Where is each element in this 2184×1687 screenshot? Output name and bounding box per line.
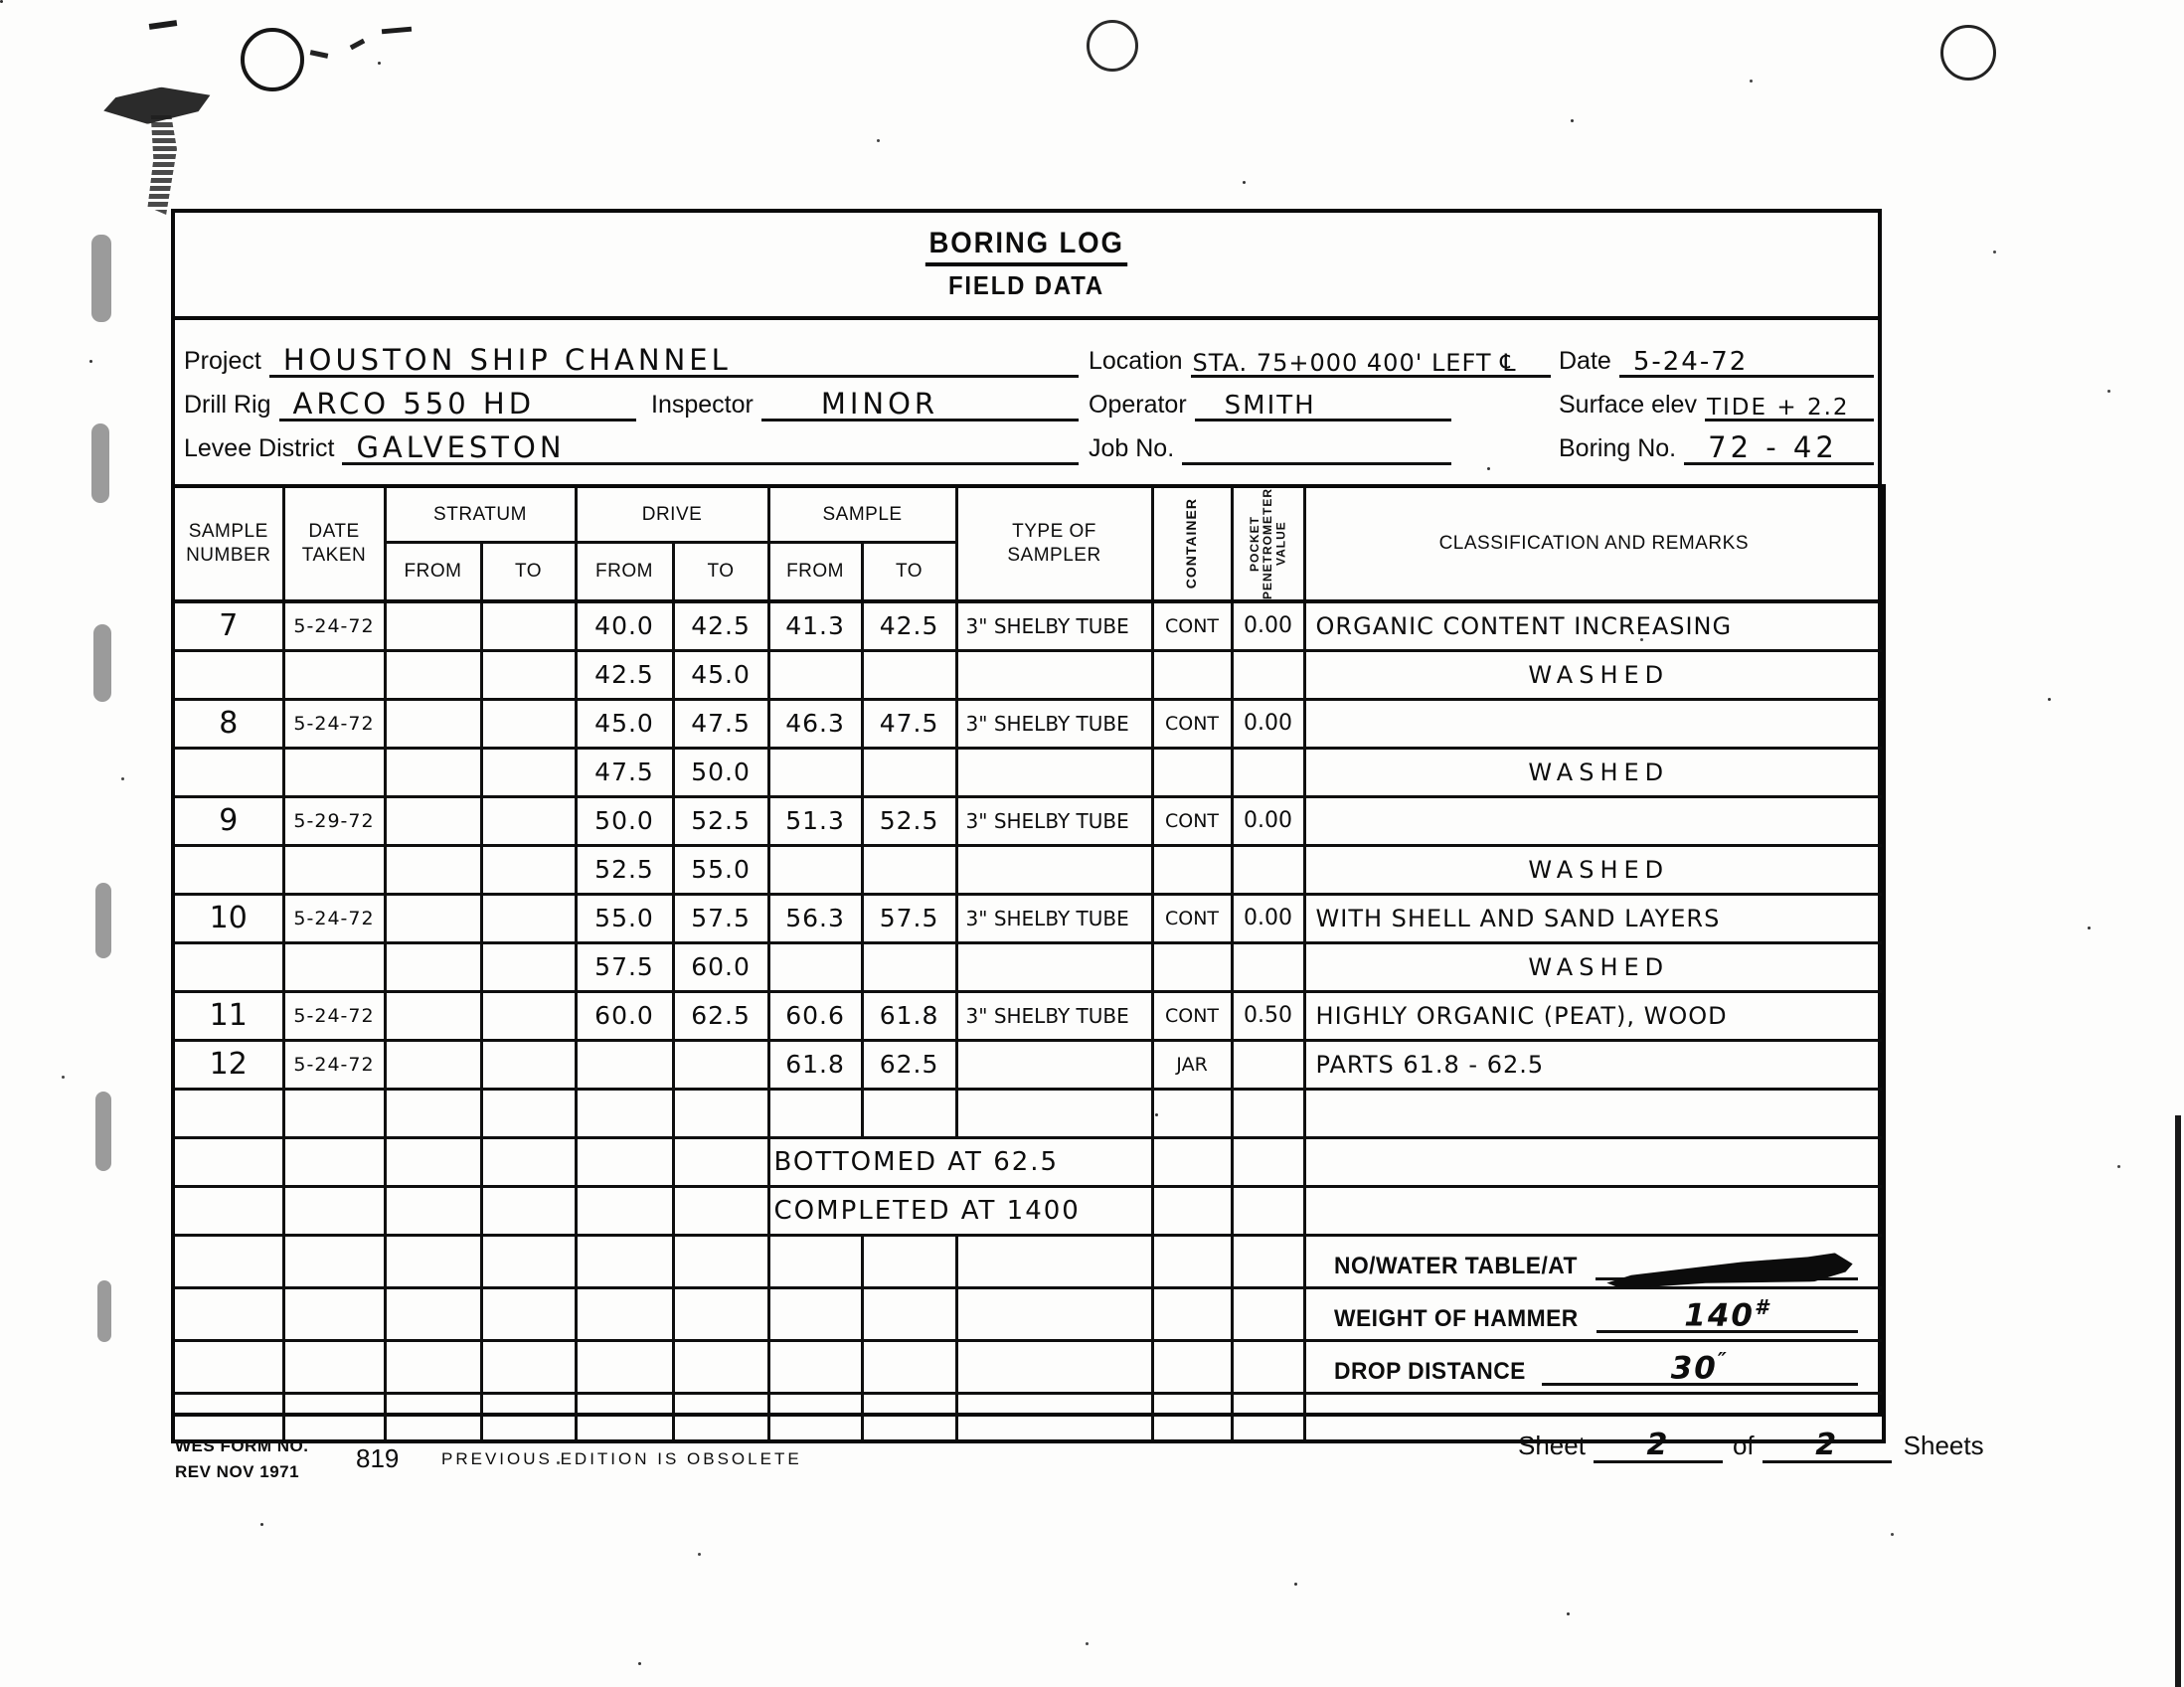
table-cell-stt — [481, 796, 576, 845]
table-cell-pen — [1232, 1340, 1304, 1393]
table-cell-stt — [481, 942, 576, 991]
table-cell-pen — [1232, 1040, 1304, 1089]
boring-no-label: Boring No. — [1559, 434, 1684, 465]
water-line — [1596, 1236, 1858, 1280]
table-cell-stt — [481, 894, 576, 942]
table-cell-df: 47.5 — [576, 748, 673, 796]
table-cell-stf — [385, 845, 481, 894]
table-cell-dt — [673, 1287, 768, 1340]
form-subtitle: FIELD DATA — [240, 270, 1813, 301]
col-stratum-from: FROM — [385, 543, 481, 601]
table-cell-stt — [481, 991, 576, 1040]
table-cell-sf: 41.3 — [768, 601, 862, 650]
scan-smudge — [91, 235, 111, 322]
scan-edge-line — [2175, 1115, 2181, 1687]
table-cell-sf — [768, 748, 862, 796]
table-cell-sf — [768, 1235, 862, 1287]
location-label: Location — [1089, 347, 1191, 378]
table-cell-type — [956, 1393, 1152, 1441]
boring-no-line: 72 - 42 — [1684, 419, 1874, 465]
table-cell-cont: JAR — [1152, 1040, 1232, 1089]
table-cell-sf — [768, 942, 862, 991]
table-cell-type — [956, 650, 1152, 699]
table-cell-df: 52.5 — [576, 845, 673, 894]
summary-row-water: NO/WATER TABLE/AT — [1306, 1237, 1883, 1286]
table-cell-st — [862, 650, 956, 699]
table-cell-d: 5-24-72 — [283, 699, 385, 748]
table-cell-df — [576, 1340, 673, 1393]
field-location: Location STA. 75+000 400' LEFT ℄ — [1089, 334, 1551, 378]
operator-label: Operator — [1089, 391, 1195, 422]
table-cell-pen: 0.00 — [1232, 601, 1304, 650]
table-cell-d — [283, 1186, 385, 1235]
field-levee-district: Levee District GALVESTON — [184, 422, 1079, 465]
table-cell-dt: 50.0 — [673, 748, 768, 796]
project-value: HOUSTON SHIP CHANNEL — [283, 343, 732, 377]
surface-elev-value: TIDE + 2.2 — [1707, 395, 1850, 421]
table-cell-type — [956, 1089, 1152, 1137]
table-cell-st — [862, 1235, 956, 1287]
table-cell-st: 62.5 — [862, 1040, 956, 1089]
table-cell-rem: PARTS 61.8 - 62.5 — [1304, 1040, 1884, 1089]
table-cell-pen — [1232, 1089, 1304, 1137]
table-cell-rem — [1304, 699, 1884, 748]
summary-cell-water: NO/WATER TABLE/AT — [1304, 1235, 1884, 1287]
table-cell-df: 50.0 — [576, 796, 673, 845]
col-sample-number: SAMPLE NUMBER — [173, 486, 283, 601]
table-cell-rem: WASHED — [1304, 748, 1884, 796]
table-row: 57.560.0WASHED — [173, 942, 1884, 991]
table-cell-d: 5-24-72 — [283, 991, 385, 1040]
table-cell-cont — [1152, 1137, 1232, 1186]
water-label: NO/WATER TABLE/AT — [1334, 1253, 1578, 1280]
table-cell-df: 45.0 — [576, 699, 673, 748]
table-cell-d: 5-24-72 — [283, 1040, 385, 1089]
table-cell-type: 3" SHELBY TUBE — [956, 699, 1152, 748]
form-no-line1: WES FORM NO. — [175, 1434, 308, 1459]
col-classification: CLASSIFICATION AND REMARKS — [1304, 486, 1884, 601]
punch-hole-top-right — [1940, 25, 1996, 81]
table-cell-df — [576, 1186, 673, 1235]
of-label: of — [1723, 1431, 1763, 1463]
table-row: 105-24-7255.057.556.357.53" SHELBY TUBEC… — [173, 894, 1884, 942]
table-cell-type — [956, 748, 1152, 796]
table-cell-d — [283, 1235, 385, 1287]
table-cell-df: 55.0 — [576, 894, 673, 942]
table-cell-df — [576, 1137, 673, 1186]
table-cell-cont — [1152, 942, 1232, 991]
levee-district-label: Levee District — [184, 434, 342, 465]
table-cell-cont: CONT — [1152, 601, 1232, 650]
drop-value: 30″ — [1542, 1348, 1859, 1386]
table-cell-n — [173, 1089, 283, 1137]
table-cell-sf: 51.3 — [768, 796, 862, 845]
table-cell-d — [283, 1137, 385, 1186]
table-cell-sf — [768, 1393, 862, 1441]
table-cell-pen — [1232, 1287, 1304, 1340]
table-row: 75-24-7240.042.541.342.53" SHELBY TUBECO… — [173, 601, 1884, 650]
field-job-no: Job No. — [1089, 422, 1451, 465]
sheet-number-line: 2 — [1594, 1417, 1723, 1463]
table-cell-stt — [481, 1393, 576, 1441]
table-cell-stf — [385, 991, 481, 1040]
form-number-block: WES FORM NO. REV NOV 1971 — [175, 1434, 308, 1484]
form-no-line2: REV NOV 1971 — [175, 1459, 308, 1485]
boring-log-table: SAMPLE NUMBER DATE TAKEN STRATUM DRIVE S… — [171, 484, 1886, 1443]
surface-elev-label: Surface elev — [1559, 391, 1705, 422]
location-line: STA. 75+000 400' LEFT ℄ — [1191, 331, 1551, 378]
table-cell-sf: 46.3 — [768, 699, 862, 748]
sheets-total-line: 2 — [1763, 1417, 1892, 1463]
table-cell-stf — [385, 1287, 481, 1340]
table-cell-stt — [481, 1089, 576, 1137]
col-group-sample: SAMPLE — [768, 486, 956, 543]
table-cell-d: 5-29-72 — [283, 796, 385, 845]
job-no-label: Job No. — [1089, 434, 1182, 465]
levee-district-line: GALVESTON — [342, 419, 1079, 465]
scan-smudge — [95, 883, 111, 958]
scan-smudge — [93, 624, 111, 702]
table-cell-d — [283, 845, 385, 894]
table-cell-type — [956, 942, 1152, 991]
form-number: 819 — [356, 1443, 399, 1474]
table-cell-stf — [385, 1089, 481, 1137]
col-date-taken: DATE TAKEN — [283, 486, 385, 601]
project-label: Project — [184, 347, 269, 378]
col-pocket-penetrometer: POCKET PENETROMETER VALUE — [1232, 486, 1304, 601]
table-cell-n — [173, 1340, 283, 1393]
scan-artifact-pin-stem — [145, 115, 177, 215]
table-cell-dt — [673, 1089, 768, 1137]
table-cell-stt — [481, 1186, 576, 1235]
table-cell-stt — [481, 1287, 576, 1340]
table-cell-stt — [481, 1040, 576, 1089]
col-sample-from: FROM — [768, 543, 862, 601]
sheet-count: Sheet 2 of 2 Sheets — [1518, 1420, 1992, 1463]
punch-hole-top-center — [1087, 20, 1138, 72]
table-cell-cont: CONT — [1152, 894, 1232, 942]
table-cell-stf — [385, 748, 481, 796]
note-cell: COMPLETED AT 1400 — [768, 1186, 1152, 1235]
surface-elev-line: TIDE + 2.2 — [1705, 375, 1874, 422]
table-cell-st — [862, 1393, 956, 1441]
table-cell-pen — [1232, 845, 1304, 894]
col-stratum-to: TO — [481, 543, 576, 601]
table-cell-stf — [385, 1137, 481, 1186]
scan-artifact-dash — [310, 50, 329, 59]
weight-label: WEIGHT OF HAMMER — [1334, 1305, 1579, 1333]
table-cell-rem: WITH SHELL AND SAND LAYERS — [1304, 894, 1884, 942]
table-cell-stt — [481, 845, 576, 894]
col-container: CONTAINER — [1152, 486, 1232, 601]
table-cell-stt — [481, 1340, 576, 1393]
table-cell-cont — [1152, 1340, 1232, 1393]
summary-cell-drop: DROP DISTANCE30″ — [1304, 1340, 1884, 1393]
table-cell-pen — [1232, 1235, 1304, 1287]
table-cell-n — [173, 1235, 283, 1287]
project-line: HOUSTON SHIP CHANNEL — [269, 331, 1079, 378]
table-cell-rem — [1304, 1089, 1884, 1137]
scanned-boring-log-page: BORING LOG FIELD DATA Project HOUSTON SH… — [0, 0, 2184, 1687]
table-cell-n: 9 — [173, 796, 283, 845]
table-cell-pen — [1232, 942, 1304, 991]
table-cell-pen — [1232, 748, 1304, 796]
scan-speckles — [0, 0, 3, 3]
table-cell-type — [956, 845, 1152, 894]
table-cell-d — [283, 1089, 385, 1137]
note-cell: BOTTOMED AT 62.5 — [768, 1137, 1152, 1186]
table-cell-n: 8 — [173, 699, 283, 748]
table-cell-st: 47.5 — [862, 699, 956, 748]
table-cell-sf — [768, 845, 862, 894]
table-cell-st — [862, 1287, 956, 1340]
table-cell-pen: 0.00 — [1232, 796, 1304, 845]
job-no-line — [1182, 419, 1451, 465]
table-cell-dt: 55.0 — [673, 845, 768, 894]
table-cell-type — [956, 1287, 1152, 1340]
col-type-of-sampler: TYPE OF SAMPLER — [956, 486, 1152, 601]
table-cell-sf: 56.3 — [768, 894, 862, 942]
table-cell-dt — [673, 1040, 768, 1089]
table-cell-dt: 60.0 — [673, 942, 768, 991]
water-scribble-mark — [1605, 1252, 1853, 1290]
col-group-drive: DRIVE — [576, 486, 768, 543]
table-cell-sf: 61.8 — [768, 1040, 862, 1089]
table-cell-sf — [768, 1287, 862, 1340]
field-drill-rig: Drill Rig ARCO 550 HD — [184, 378, 636, 422]
table-cell-cont: CONT — [1152, 796, 1232, 845]
table-cell-dt: 57.5 — [673, 894, 768, 942]
table-cell-st — [862, 1340, 956, 1393]
table-cell-n — [173, 1186, 283, 1235]
table-cell-n: 10 — [173, 894, 283, 942]
table-row: 47.550.0WASHED — [173, 748, 1884, 796]
table-cell-dt — [673, 1393, 768, 1441]
table-cell-df — [576, 1235, 673, 1287]
table-cell-rem: HIGHLY ORGANIC (PEAT), WOOD — [1304, 991, 1884, 1040]
table-cell-cont — [1152, 1287, 1232, 1340]
table-cell-rem: WASHED — [1304, 845, 1884, 894]
scan-artifact-dash — [382, 27, 412, 35]
table-cell-sf — [768, 650, 862, 699]
table-cell-type: 3" SHELBY TUBE — [956, 601, 1152, 650]
table-cell-st: 52.5 — [862, 796, 956, 845]
table-cell-df — [576, 1089, 673, 1137]
sheet-number-value: 2 — [1594, 1428, 1723, 1462]
table-row: BOTTOMED AT 62.5 — [173, 1137, 1884, 1186]
table-cell-dt: 45.0 — [673, 650, 768, 699]
scan-artifact-dash — [149, 20, 178, 30]
drop-label: DROP DISTANCE — [1334, 1358, 1526, 1386]
table-cell-st: 57.5 — [862, 894, 956, 942]
table-cell-type — [956, 1235, 1152, 1287]
penetrometer-header-vertical: POCKET PENETROMETER VALUE — [1249, 488, 1288, 599]
table-cell-type: 3" SHELBY TUBE — [956, 796, 1152, 845]
table-cell-pen — [1232, 650, 1304, 699]
table-cell-stt — [481, 699, 576, 748]
table-cell-cont — [1152, 845, 1232, 894]
table-row: 52.555.0WASHED — [173, 845, 1884, 894]
table-row: 85-24-7245.047.546.347.53" SHELBY TUBECO… — [173, 699, 1884, 748]
sheets-label: Sheets — [1892, 1431, 1992, 1463]
sheet-label: Sheet — [1518, 1431, 1594, 1463]
table-row: NO/WATER TABLE/AT — [173, 1235, 1884, 1287]
table-cell-type — [956, 1040, 1152, 1089]
date-label: Date — [1559, 347, 1619, 378]
table-cell-pen: 0.00 — [1232, 699, 1304, 748]
table-cell-stt — [481, 1235, 576, 1287]
table-row: WEIGHT OF HAMMER140# — [173, 1287, 1884, 1340]
field-boring-no: Boring No. 72 - 42 — [1559, 422, 1874, 465]
table-cell-stf — [385, 601, 481, 650]
table-cell-cont — [1152, 1089, 1232, 1137]
summary-row-drop: DROP DISTANCE30″ — [1306, 1342, 1883, 1392]
title-block: BORING LOG FIELD DATA — [171, 213, 1882, 320]
levee-district-value: GALVESTON — [356, 430, 565, 464]
table-cell-df — [576, 1393, 673, 1441]
table-cell-pen: 0.50 — [1232, 991, 1304, 1040]
table-cell-stf — [385, 1235, 481, 1287]
table-cell-stf — [385, 1040, 481, 1089]
table-cell-st — [862, 942, 956, 991]
field-project: Project HOUSTON SHIP CHANNEL — [184, 334, 1079, 378]
table-row: 95-29-7250.052.551.352.53" SHELBY TUBECO… — [173, 796, 1884, 845]
table-cell-d — [283, 1287, 385, 1340]
table-cell-n: 12 — [173, 1040, 283, 1089]
date-value: 5-24-72 — [1633, 347, 1748, 377]
table-cell-rem — [1304, 1137, 1884, 1186]
table-cell-stt — [481, 748, 576, 796]
table-cell-dt: 47.5 — [673, 699, 768, 748]
table-cell-dt: 52.5 — [673, 796, 768, 845]
table-cell-n — [173, 1287, 283, 1340]
table-cell-rem — [1304, 1186, 1884, 1235]
table-cell-stf — [385, 796, 481, 845]
table-cell-n — [173, 748, 283, 796]
inspector-label: Inspector — [651, 391, 761, 422]
drill-rig-line: ARCO 550 HD — [279, 375, 637, 422]
table-cell-dt — [673, 1137, 768, 1186]
table-cell-cont — [1152, 650, 1232, 699]
scan-artifact-dash — [350, 39, 366, 50]
table-cell-st — [862, 748, 956, 796]
field-inspector: Inspector MINOR — [651, 378, 1079, 422]
table-cell-n — [173, 942, 283, 991]
field-surface-elev: Surface elev TIDE + 2.2 — [1559, 378, 1874, 422]
table-cell-rem: WASHED — [1304, 942, 1884, 991]
table-cell-stt — [481, 1137, 576, 1186]
table-cell-rem — [1304, 796, 1884, 845]
scan-smudge — [91, 423, 109, 503]
table-cell-pen — [1232, 1393, 1304, 1441]
col-group-stratum: STRATUM — [385, 486, 576, 543]
summary-row-weight: WEIGHT OF HAMMER140# — [1306, 1289, 1883, 1339]
drill-rig-label: Drill Rig — [184, 391, 279, 422]
location-value: STA. 75+000 400' LEFT ℄ — [1193, 349, 1517, 377]
table-cell-d — [283, 1340, 385, 1393]
scan-smudge — [97, 1280, 111, 1342]
inspector-value: MINOR — [821, 387, 938, 421]
table-cell-df: 42.5 — [576, 650, 673, 699]
weight-line: 140# — [1596, 1288, 1858, 1333]
weight-unit: # — [1755, 1295, 1770, 1319]
table-cell-type: 3" SHELBY TUBE — [956, 991, 1152, 1040]
table-cell-stf — [385, 699, 481, 748]
table-body: 75-24-7240.042.541.342.53" SHELBY TUBECO… — [173, 601, 1884, 1441]
operator-line: SMITH — [1195, 375, 1451, 422]
operator-value: SMITH — [1225, 391, 1316, 421]
table-cell-sf — [768, 1089, 862, 1137]
table-cell-sf — [768, 1340, 862, 1393]
drop-line: 30″ — [1542, 1341, 1859, 1386]
drill-rig-value: ARCO 550 HD — [293, 387, 536, 421]
table-cell-dt: 62.5 — [673, 991, 768, 1040]
inspector-line: MINOR — [761, 375, 1079, 422]
table-row: COMPLETED AT 1400 — [173, 1186, 1884, 1235]
table-cell-type — [956, 1340, 1152, 1393]
table-cell-pen: 0.00 — [1232, 894, 1304, 942]
table-cell-st — [862, 845, 956, 894]
table-cell-cont: CONT — [1152, 991, 1232, 1040]
scan-artifact-circle — [241, 28, 304, 91]
table-cell-d — [283, 942, 385, 991]
table-cell-cont — [1152, 1393, 1232, 1441]
table-cell-n — [173, 1137, 283, 1186]
table-row — [173, 1089, 1884, 1137]
table-cell-stf — [385, 1393, 481, 1441]
table-cell-dt — [673, 1235, 768, 1287]
summary-cell-weight: WEIGHT OF HAMMER140# — [1304, 1287, 1884, 1340]
table-cell-cont: CONT — [1152, 699, 1232, 748]
table-cell-n — [173, 650, 283, 699]
table-cell-dt — [673, 1340, 768, 1393]
table-cell-dt: 42.5 — [673, 601, 768, 650]
table-cell-st: 61.8 — [862, 991, 956, 1040]
col-drive-to: TO — [673, 543, 768, 601]
table-cell-n — [173, 845, 283, 894]
table-cell-st — [862, 1089, 956, 1137]
table-cell-df: 57.5 — [576, 942, 673, 991]
table-cell-df — [576, 1287, 673, 1340]
table-cell-cont — [1152, 748, 1232, 796]
table-row: 42.545.0WASHED — [173, 650, 1884, 699]
table-row: 125-24-7261.862.5JARPARTS 61.8 - 62.5 — [173, 1040, 1884, 1089]
table-cell-cont — [1152, 1235, 1232, 1287]
table-row: 115-24-7260.062.560.661.83" SHELBY TUBEC… — [173, 991, 1884, 1040]
table-cell-n: 11 — [173, 991, 283, 1040]
field-operator: Operator SMITH — [1089, 378, 1451, 422]
table-cell-rem: WASHED — [1304, 650, 1884, 699]
obsolete-note: PREVIOUS EDITION IS OBSOLETE — [441, 1449, 802, 1469]
table-cell-n: 7 — [173, 601, 283, 650]
table-cell-df: 40.0 — [576, 601, 673, 650]
table-cell-d — [283, 650, 385, 699]
table-cell-stf — [385, 650, 481, 699]
table-cell-stt — [481, 601, 576, 650]
table-cell-df — [576, 1040, 673, 1089]
date-line: 5-24-72 — [1619, 331, 1874, 378]
field-date: Date 5-24-72 — [1559, 334, 1874, 378]
scan-smudge — [95, 1092, 111, 1171]
table-cell-st: 42.5 — [862, 601, 956, 650]
form-title: BORING LOG — [925, 227, 1128, 266]
col-sample-to: TO — [862, 543, 956, 601]
table-cell-stt — [481, 650, 576, 699]
table-header: SAMPLE NUMBER DATE TAKEN STRATUM DRIVE S… — [173, 486, 1884, 601]
table-cell-stf — [385, 942, 481, 991]
table-cell-cont — [1152, 1186, 1232, 1235]
table-cell-d: 5-24-72 — [283, 601, 385, 650]
